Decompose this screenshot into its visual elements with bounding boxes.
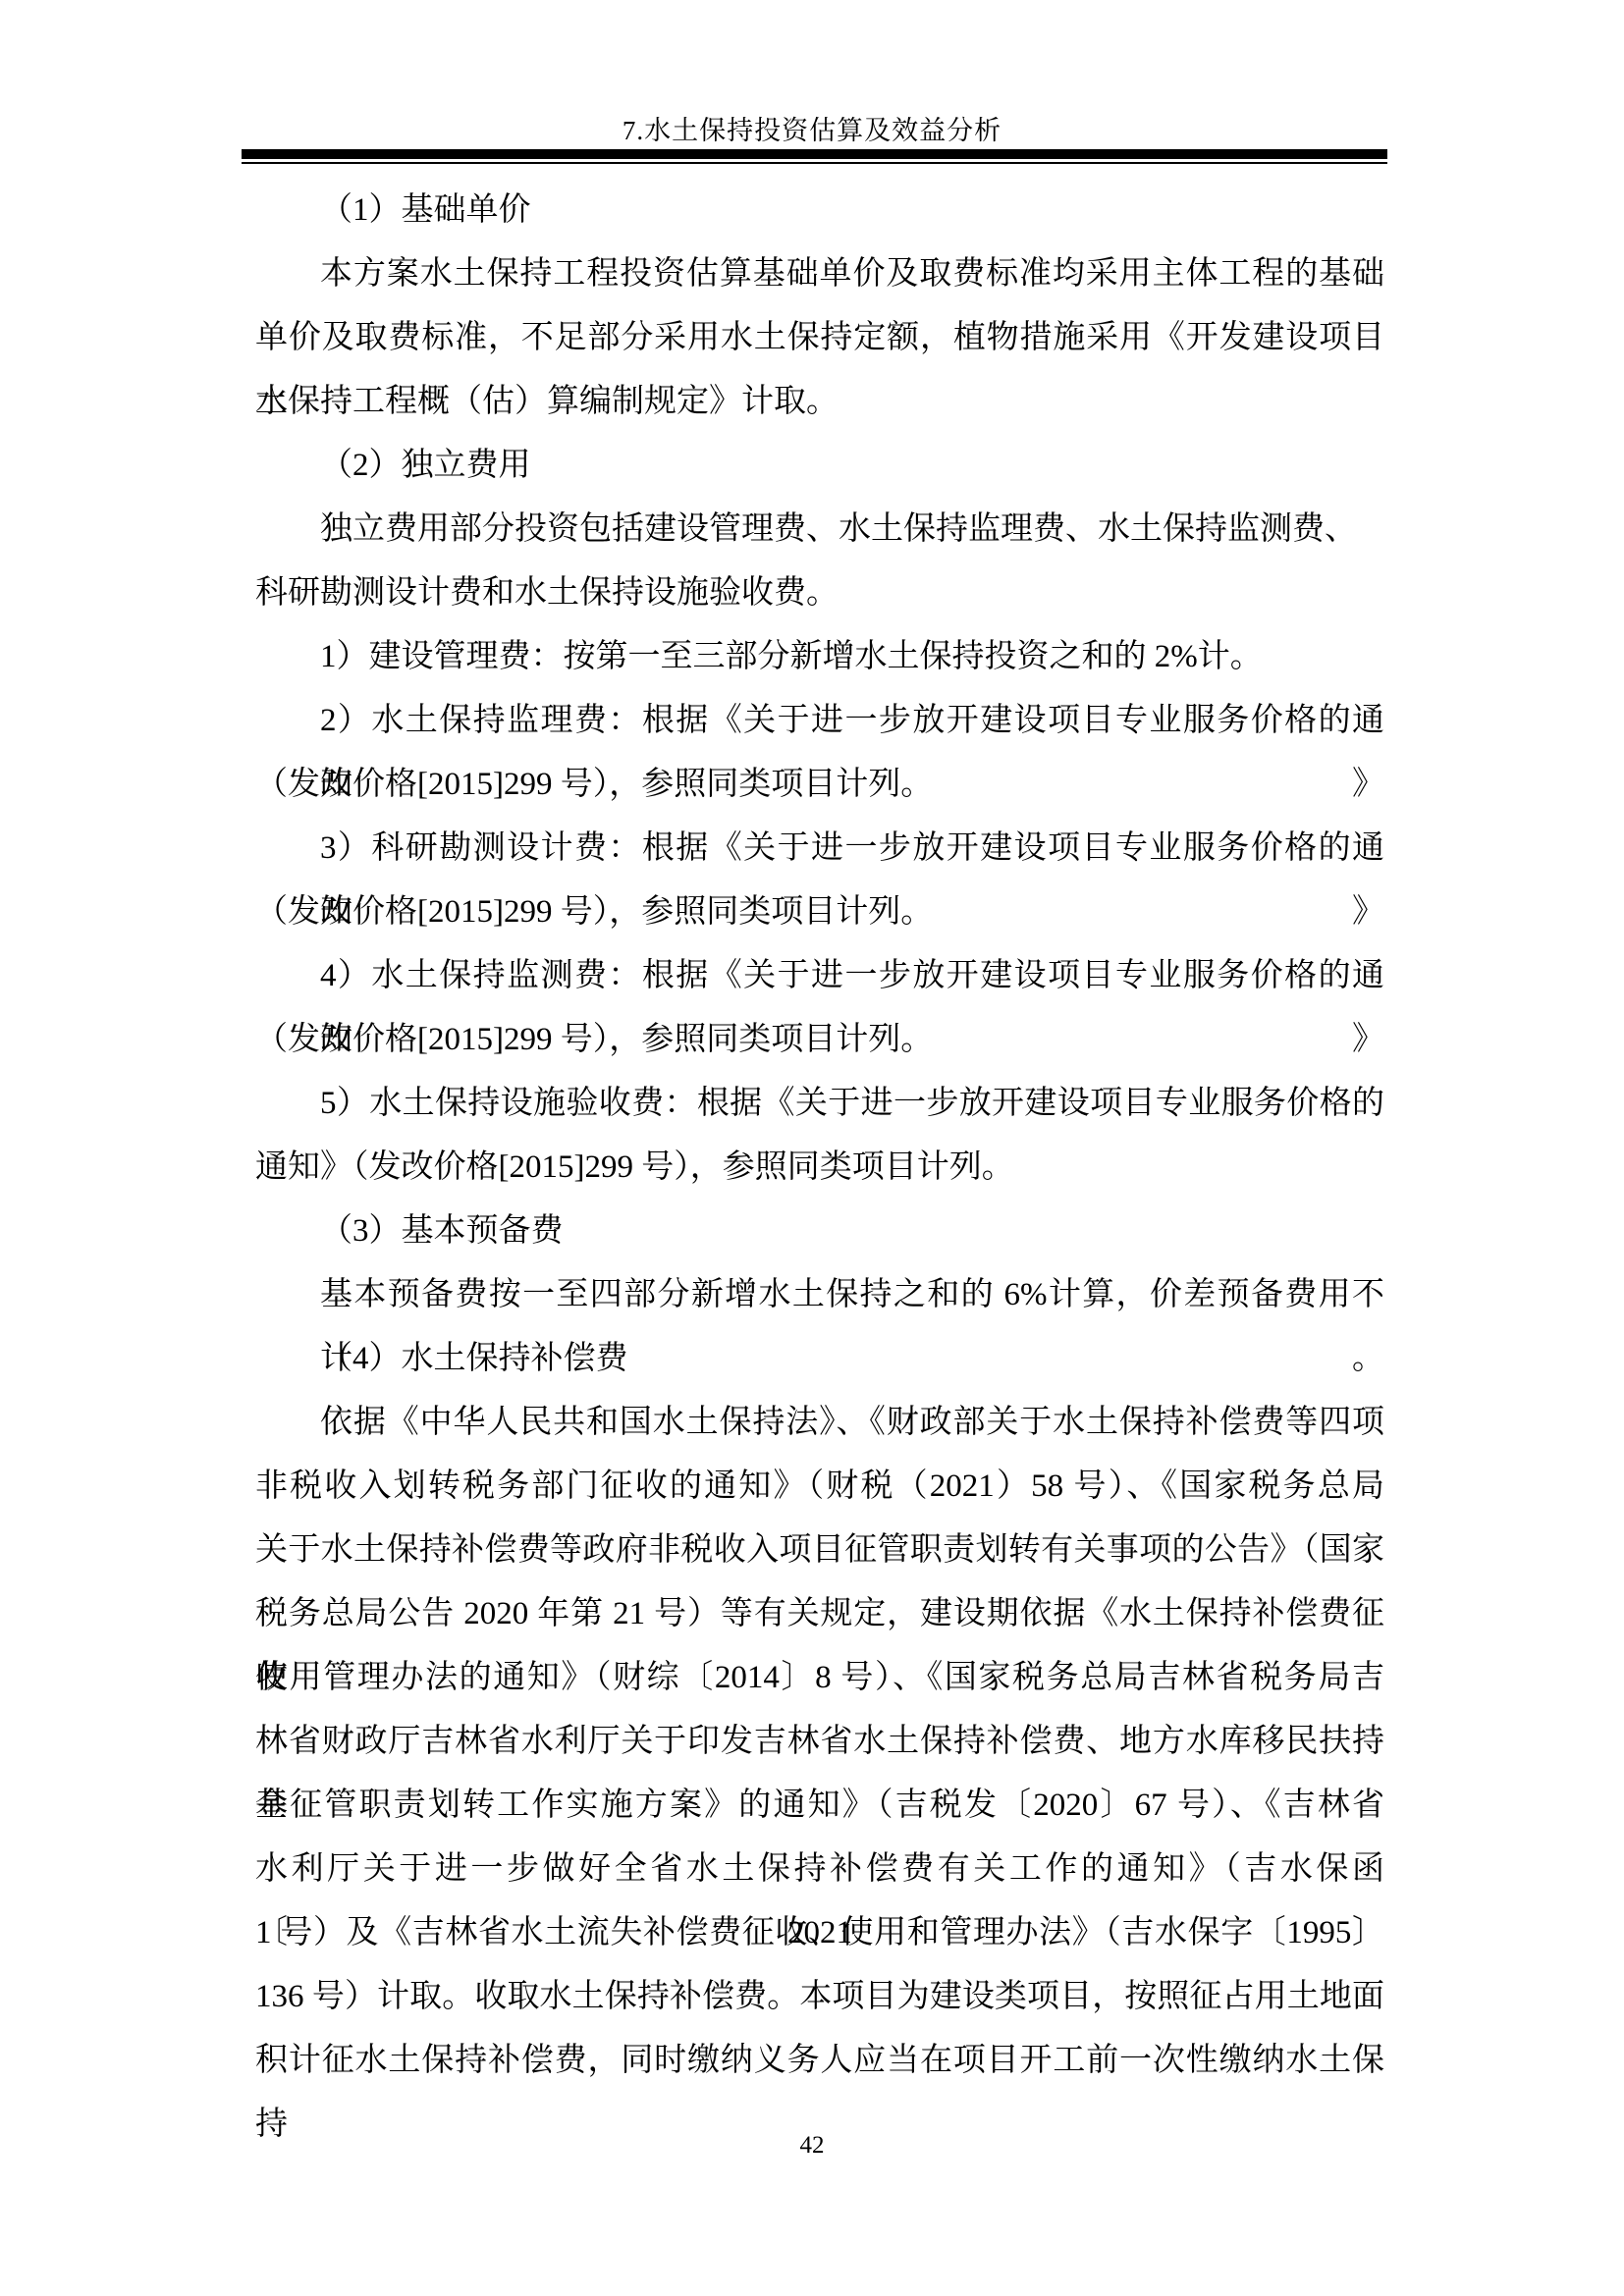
text-line: 税务总局公告 2020 年第 21 号）等有关规定，建设期依据《水土保持补偿费征… bbox=[255, 1582, 1384, 1646]
page-header-title: 7.水土保持投资估算及效益分析 bbox=[0, 114, 1624, 147]
text-line: 136 号）计取。收取水土保持补偿费。本项目为建设类项目，按照征占用土地面 bbox=[255, 1965, 1384, 2029]
text-line: （1）基础单价 bbox=[255, 179, 1384, 242]
text-line: 科研勘测设计费和水土保持设施验收费。 bbox=[255, 561, 1384, 625]
text-line: 3）科研勘测设计费：根据《关于进一步放开建设项目专业服务价格的通知》 bbox=[255, 817, 1384, 881]
document-body: （1）基础单价 本方案水土保持工程投资估算基础单价及取费标准均采用主体工程的基础… bbox=[255, 179, 1384, 2093]
text-line: 通知》（发改价格[2015]299 号），参照同类项目计列。 bbox=[255, 1136, 1384, 1200]
page-number: 42 bbox=[0, 2130, 1624, 2162]
text-line: 水利厅关于进一步做好全省水土保持补偿费有关工作的通知》（吉水保函〔2021〕 bbox=[255, 1838, 1384, 1901]
text-line: 2）水土保持监理费：根据《关于进一步放开建设项目专业服务价格的通知》 bbox=[255, 689, 1384, 753]
text-line: 金征管职责划转工作实施方案》的通知》（吉税发〔2020〕67 号）、《吉林省 bbox=[255, 1774, 1384, 1838]
text-line: 1）建设管理费：按第一至三部分新增水土保持投资之和的 2%计。 bbox=[255, 625, 1384, 689]
text-line: 独立费用部分投资包括建设管理费、水土保持监理费、水土保持监测费、 bbox=[255, 498, 1384, 561]
text-line: 依据《中华人民共和国水土保持法》、《财政部关于水土保持补偿费等四项 bbox=[255, 1391, 1384, 1455]
header-rule-thick-line bbox=[242, 149, 1387, 159]
document-page: 7.水土保持投资估算及效益分析 （1）基础单价 本方案水土保持工程投资估算基础单… bbox=[0, 0, 1624, 2296]
text-line: 非税收入划转税务部门征收的通知》（财税（2021）58 号）、《国家税务总局 bbox=[255, 1455, 1384, 1519]
text-line: 土保持工程概（估）算编制规定》计取。 bbox=[255, 370, 1384, 434]
text-line: （2）独立费用 bbox=[255, 434, 1384, 498]
header-rule-thin-line bbox=[242, 162, 1387, 164]
text-line: 使用管理办法的通知》（财综〔2014〕8 号）、《国家税务总局吉林省税务局吉 bbox=[255, 1646, 1384, 1710]
text-line: 林省财政厅吉林省水利厅关于印发吉林省水土保持补偿费、地方水库移民扶持基 bbox=[255, 1710, 1384, 1774]
text-line: 本方案水土保持工程投资估算基础单价及取费标准均采用主体工程的基础 bbox=[255, 242, 1384, 306]
text-line: 4）水土保持监测费：根据《关于进一步放开建设项目专业服务价格的通知》 bbox=[255, 944, 1384, 1008]
text-line: 1 号）及《吉林省水土流失补偿费征收、使用和管理办法》（吉水保字〔1995〕 bbox=[255, 1901, 1384, 1965]
text-line: 5）水土保持设施验收费：根据《关于进一步放开建设项目专业服务价格的 bbox=[255, 1072, 1384, 1136]
text-line: （3）基本预备费 bbox=[255, 1200, 1384, 1263]
text-line: 基本预备费按一至四部分新增水土保持之和的 6%计算，价差预备费用不计。 bbox=[255, 1263, 1384, 1327]
text-line: 单价及取费标准，不足部分采用水土保持定额，植物措施采用《开发建设项目水 bbox=[255, 306, 1384, 370]
text-line: 积计征水土保持补偿费，同时缴纳义务人应当在项目开工前一次性缴纳水土保持 bbox=[255, 2029, 1384, 2093]
header-rule bbox=[242, 149, 1387, 164]
text-line: 关于水土保持补偿费等政府非税收入项目征管职责划转有关事项的公告》（国家 bbox=[255, 1519, 1384, 1582]
